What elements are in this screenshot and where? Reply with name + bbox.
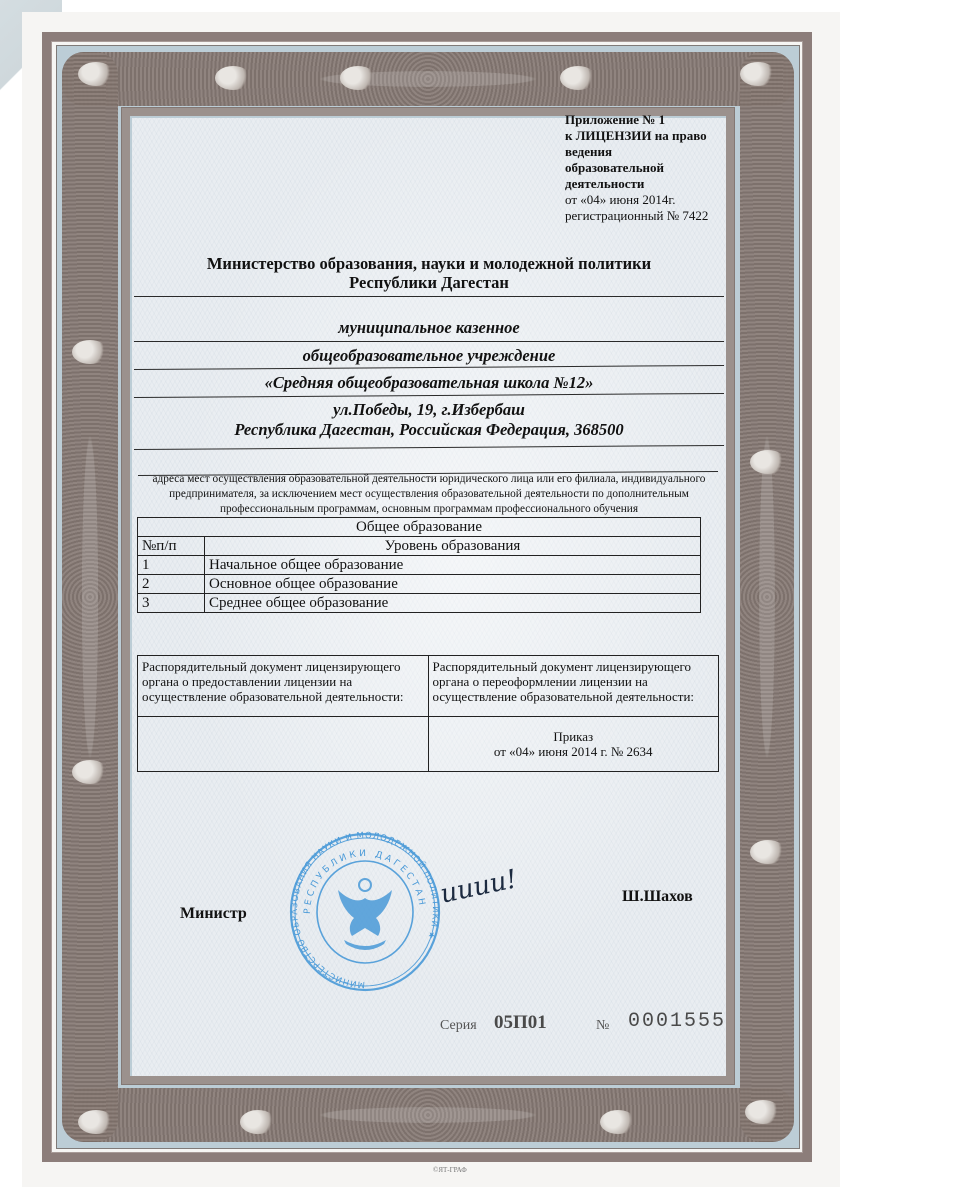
acanthus-leaf-icon xyxy=(560,66,596,90)
row-num: 3 xyxy=(138,594,205,613)
reissue-document-value: Приказ от «04» июня 2014 г. № 2634 xyxy=(428,717,719,772)
ministry-line2: Республики Дагестан xyxy=(134,273,724,292)
row-num: 2 xyxy=(138,575,205,594)
acanthus-leaf-icon xyxy=(215,66,251,90)
acanthus-leaf-icon xyxy=(745,1100,781,1124)
appendix-title: Приложение № 1 xyxy=(565,112,708,128)
ornament-border-bottom xyxy=(62,1088,794,1142)
grant-document-value xyxy=(138,717,429,772)
table-row: 1 Начальное общее образование xyxy=(138,556,701,575)
appendix-registration: регистрационный № 7422 xyxy=(565,208,708,224)
reissue-document-header: Распорядительный документ лицензирующего… xyxy=(428,656,719,717)
acanthus-leaf-icon xyxy=(600,1110,636,1134)
acanthus-leaf-icon xyxy=(78,1110,114,1134)
series-value: 05П01 xyxy=(494,1012,547,1034)
ministry-title: Министерство образования, науки и молоде… xyxy=(134,254,724,292)
address-note-line2: предпринимателя, за исключением мест осу… xyxy=(138,487,720,502)
institution-name: «Средняя общеобразовательная школа №12» xyxy=(134,373,724,393)
row-num: 1 xyxy=(138,556,205,575)
table-header-row: №п/п Уровень образования xyxy=(138,537,701,556)
number-value: 0001555 xyxy=(628,1010,726,1033)
acanthus-leaf-icon xyxy=(240,1110,276,1134)
table-title: Общее образование xyxy=(138,518,701,537)
ministry-line1: Министерство образования, науки и молоде… xyxy=(134,254,724,273)
signatory-position: Министр xyxy=(180,905,247,923)
series-label: Серия xyxy=(440,1018,477,1034)
ornament-border-top xyxy=(62,52,794,106)
printer-mark: ©ЯТ-ГРАФ xyxy=(433,1166,467,1174)
appendix-line5: деятельности xyxy=(565,176,708,192)
address-note-line1: адреса мест осуществления образовательно… xyxy=(138,472,720,487)
acanthus-leaf-icon xyxy=(750,840,786,864)
grant-document-header: Распорядительный документ лицензирующего… xyxy=(138,656,429,717)
table-row: 3 Среднее общее образование xyxy=(138,594,701,613)
appendix-header: Приложение № 1 к ЛИЦЕНЗИИ на право веден… xyxy=(565,112,708,224)
acanthus-leaf-icon xyxy=(72,340,108,364)
table-row: 2 Основное общее образование xyxy=(138,575,701,594)
institution-address1: ул.Победы, 19, г.Избербаш xyxy=(134,400,724,420)
row-level: Начальное общее образование xyxy=(205,556,701,575)
order-date-number: от «04» июня 2014 г. № 2634 xyxy=(433,744,715,759)
acanthus-leaf-icon xyxy=(72,760,108,784)
ornament-border-left xyxy=(62,52,118,1142)
license-documents-table: Распорядительный документ лицензирующего… xyxy=(137,655,719,772)
official-seal-stamp: МИНИСТЕРСТВО ОБРАЗОВАНИЯ НАУКИ И МОЛОДЕЖ… xyxy=(288,830,442,994)
address-note-line3: профессиональным программам, основным пр… xyxy=(138,502,720,517)
appendix-line3: ведения xyxy=(565,144,708,160)
appendix-license-line: к ЛИЦЕНЗИИ на право xyxy=(565,128,708,144)
column-header-level: Уровень образования xyxy=(205,537,701,556)
appendix-date: от «04» июня 2014г. xyxy=(565,192,708,208)
acanthus-leaf-icon xyxy=(340,66,376,90)
acanthus-leaf-icon xyxy=(750,450,786,474)
divider-line xyxy=(134,341,724,342)
row-level: Основное общее образование xyxy=(205,575,701,594)
row-level: Среднее общее образование xyxy=(205,594,701,613)
education-levels-table: Общее образование №п/п Уровень образован… xyxy=(137,517,701,613)
institution-address2: Республика Дагестан, Российская Федераци… xyxy=(134,420,724,440)
table-title-row: Общее образование xyxy=(138,518,701,537)
order-label: Приказ xyxy=(433,729,715,744)
appendix-line4: образовательной xyxy=(565,160,708,176)
institution-type-line1: муниципальное казенное xyxy=(134,318,724,338)
number-label: № xyxy=(596,1018,609,1034)
acanthus-leaf-icon xyxy=(740,62,776,86)
column-header-num: №п/п xyxy=(138,537,205,556)
divider-line xyxy=(134,296,724,297)
ornament-border-right xyxy=(740,52,794,1142)
eagle-emblem-icon xyxy=(338,879,392,950)
address-note: адреса мест осуществления образовательно… xyxy=(138,472,720,517)
institution-type-line2: общеобразовательное учреждение xyxy=(134,346,724,366)
signatory-name: Ш.Шахов xyxy=(622,888,693,906)
acanthus-leaf-icon xyxy=(78,62,114,86)
